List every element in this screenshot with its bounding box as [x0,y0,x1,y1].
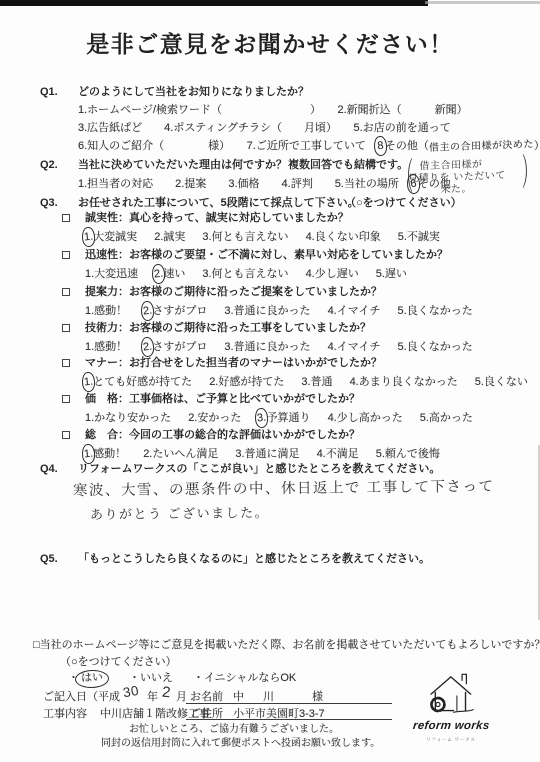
q4-question: リフォームワークスの「ここが良い」と感じたところを教えてください。 [78,461,440,477]
q3-option: 5.不誠実 [398,228,440,246]
checkbox-icon [62,324,70,332]
consent-instruction: （○をつけてください） [60,654,177,670]
handwritten-circle: 2. [151,263,166,284]
q3-option: 3.何とも言えない [202,228,288,246]
page-title: 是非ご意見をお聞かせください！ [0,36,540,52]
q3-option: 4.イマイチ [328,302,381,320]
q3-option: 5.良くない [475,373,528,391]
checkbox-icon [62,214,70,222]
q3-option: 2.好感が持てた [209,373,284,391]
gear-icon [431,698,444,711]
checkbox-icon [62,288,70,296]
q2-note-right: 複数回答でも結構です。 [288,157,408,173]
q3-option: 5.遅い [376,265,407,283]
scanned-questionnaire-page: 是非ご意見をお聞かせください！ Q1. どのようにして当社をお知りになりましたか… [0,0,540,762]
q3-option: 4.良くない印象 [306,228,381,246]
q1-line3-other: その他（ [385,140,429,152]
q3-option-row: 1.感動！2.さすがプロ3.普通に良かった4.イマイチ5.良くなかった [85,338,473,356]
name-underline [186,703,392,704]
q3-category: 誠実性：真心を持って、誠実に対応していましたか？ [85,210,349,226]
q1-handwritten-note: 借主の合田様が決めた [429,139,534,155]
date-label: ご記入日（平成 [43,689,120,705]
q2-number: Q2. [40,157,58,173]
q1-option-line-1: 1.ホームページ/検索ワード（ ） 2.新聞折込（ 新聞） [78,102,468,118]
checkbox-icon [62,431,70,439]
logo-house-icon [424,670,476,720]
q3-row: マナー：お打合せをした担当者のマナーはいかがでしたか？1.とても好感が持てた2.… [0,355,540,391]
q3-row: 誠実性：真心を持って、誠実に対応していましたか？1.大変誠実2.誠実3.何とも言… [0,210,540,246]
q2-paren-close: ） [522,151,536,193]
q3-option-row: 1.大変誠実2.誠実3.何とも言えない4.良くない印象5.不誠実 [85,228,440,246]
checkbox-icon [62,251,70,259]
q1-option-line-3: 6.知人のご紹介（ 様） 7.ご近所で工事していて 8その他（借主の合田様が決め… [78,137,540,155]
handwritten-circle: 1. [81,226,96,247]
q3-option: 5.高かった [420,409,473,427]
q1-number: Q1. [40,84,58,100]
consent-question: □当社のホームページ等にご意見を掲載いただく際、お名前を掲載させていただいてもよ… [33,637,540,653]
q3-option: 1.感動！ [85,338,127,356]
q1-option-line-2: 3.広告紙ぱど 4.ポスティングチラシ（ 月頃） 5.お店の前を通って [78,120,451,136]
q2-options: 1.担当者の対応 2.提案 3.価格 4.評判 5.当社の場所 6その他 [78,175,451,193]
checkbox-icon [62,359,70,367]
q3-row: 価 格：工事価格は、ご予算と比べていかがでしたか？1.かなり安かった2.安かった… [0,391,540,427]
q3-option: 2.速い [155,265,185,283]
q3-option: 4.少し遅い [306,265,359,283]
address-underline [186,719,392,720]
q3-category: 技術力：お客様のご期待に沿った工事をしていましたか？ [85,320,371,336]
q3-option-row: 1.かなり安かった2.安かった3.予算通り4.少し高かった5.高かった [85,409,473,427]
q2-options-text: 1.担当者の対応 2.提案 3.価格 4.評判 5.当社の場所 [78,178,410,190]
q5-number: Q5. [40,551,58,567]
q3-option: 3.普通に良かった [224,302,310,320]
q3-option: 3.普通に良かった [224,338,310,356]
scan-artifact-top-smudge [425,1,540,4]
q3-option: 2.安かった [188,409,241,427]
q3-option: 1.かなり安かった [85,409,171,427]
q3-option: 4.あまり良くなかった [350,373,458,391]
handwritten-circle: 3. [254,407,269,428]
q2-question: 当社に決めていただいた理由は何ですか？ [78,157,287,173]
q4-answer-line1: 寒波、大雪、の悪条件の中、休日返上で 工事して下さって [73,479,495,499]
q3-option: 5.良くなかった [398,302,473,320]
q3-number: Q3. [40,195,58,211]
q3-option: 1.とても好感が持てた [85,373,192,391]
q1-question: どのようにして当社をお知りになりましたか？ [78,84,309,100]
q4-number: Q4. [40,461,58,477]
q3-option: 3.何とも言えない [202,265,288,283]
q3-option: 1.大変誠実 [85,228,137,246]
q3-instruction: （○をつけてください） [345,195,462,211]
handwritten-circle: 2. [140,300,155,321]
q3-category: マナー：お打合せをした担当者のマナーはいかがでしたか？ [85,355,382,371]
scan-artifact-top-bar [0,0,428,6]
logo-subtext: リフォーム ワークス [413,732,489,748]
closing-line-2: 同封の返信用封筒に入れて郵便ポストへ投函お願い致します。 [101,736,380,752]
q3-category: 提案力：お客様のご期待に沿ったご提案をしていましたか？ [85,284,382,300]
q3-option: 3.普通 [301,373,332,391]
date-year-value: 30 [122,683,141,702]
q3-row: 技術力：お客様のご期待に沿った工事をしていましたか？1.感動！2.さすがプロ3.… [0,320,540,356]
q3-option: 4.少し高かった [328,409,403,427]
q3-row: 提案力：お客様のご期待に沿ったご提案をしていましたか？1.感動！2.さすがプロ3… [0,284,540,320]
q3-option-row: 1.とても好感が持てた2.好感が持てた3.普通4.あまり良くなかった5.良くない [85,373,528,391]
q3-option: 4.イマイチ [328,338,381,356]
q3-option: 3.予算通り [258,409,310,427]
q3-option-row: 1.大変迅速2.速い3.何とも言えない4.少し遅い5.遅い [85,265,407,283]
q3-option: 2.さすがプロ [144,302,207,320]
q5-question: 「もっとこうしたら良くなるのに」と感じたところを教えてください。 [78,551,430,567]
q3-category: 迅速性：お客様のご要望・ご不満に対し、素早い対応をしていましたか？ [85,247,448,263]
q3-option: 2.誠実 [154,228,185,246]
q3-option: 2.さすがプロ [144,338,207,356]
q3-row: 迅速性：お客様のご要望・ご不満に対し、素早い対応をしていましたか？1.大変迅速2… [0,247,540,283]
consent-option-initial: ・イニシャルならOK [193,672,296,684]
q3-category: 総 合：今回の工事の総合的な評価はいかがでしたか？ [85,427,360,443]
consent-options: ・はい・いいえ・イニシャルならOK [68,671,296,686]
q3-question: お任せされた工事について、5段階にて採点して下さい。 [78,195,359,211]
date-month-value: 2 [161,685,171,702]
handwritten-circle-consent: はい [75,669,110,688]
q3-option-row: 1.感動！2.さすがプロ3.普通に良かった4.イマイチ5.良くなかった [85,302,473,320]
handwritten-circle: 1. [81,371,96,392]
checkbox-icon [62,395,70,403]
q3-option: 1.大変迅速 [85,265,138,283]
q2-handwritten-note: 借主合田様が 見積りを いただいて 来た。 [407,158,506,197]
q3-category: 価 格：工事価格は、ご予算と比べていかがでしたか？ [85,391,360,407]
q1-line3-text: 6.知人のご紹介（ 様） 7.ご近所で工事していて [78,140,377,152]
q3-row: 総 合：今回の工事の総合的な評価はいかがでしたか？1.感動！2.たいへん満足3.… [0,427,540,463]
q4-answer-line2: ありがとう ございました。 [90,505,269,523]
work-label: 工事内容 [43,706,87,722]
year-label: 年 [147,689,158,705]
q1-line3-close: ） [534,140,540,152]
handwritten-circle-q1: 8 [373,135,388,156]
q3-option: 1.感動！ [85,302,127,320]
q3-option: 5.良くなかった [398,338,473,356]
